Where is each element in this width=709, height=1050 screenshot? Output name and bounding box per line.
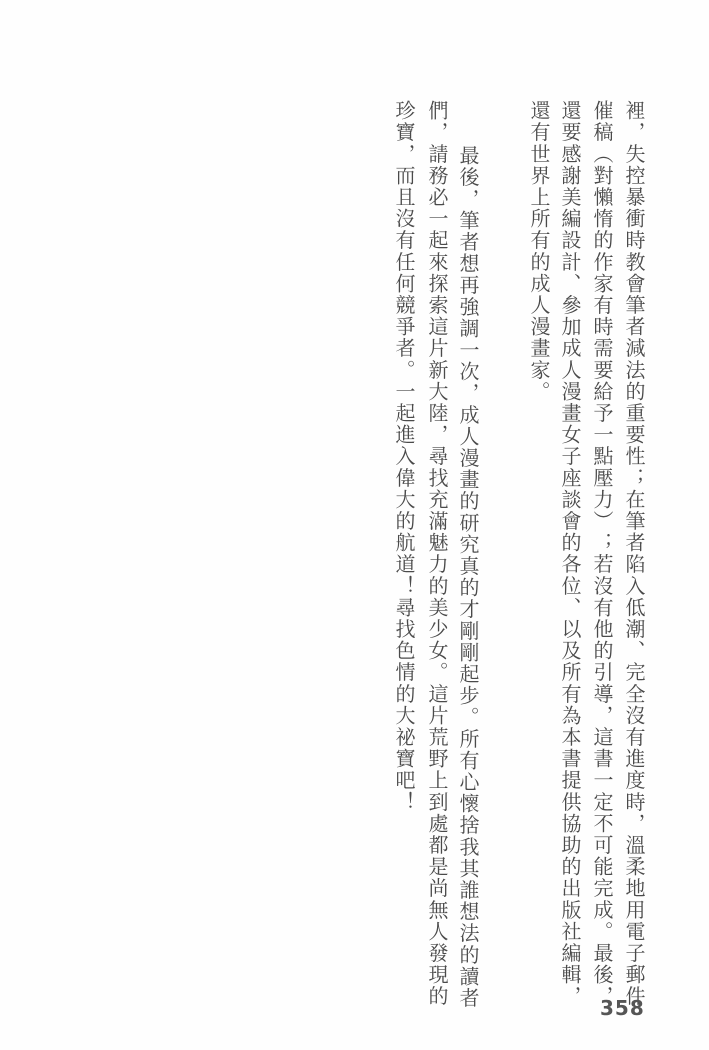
page-number: 358: [600, 996, 645, 1020]
text-column-4: 還有世界上所有的成人漫畫家。: [527, 100, 551, 402]
text-column-1: 裡，失控暴衝時教會筆者減法的重要性；在筆者陷入低潮、完全沒有進度時，溫柔地用電子…: [622, 100, 646, 1007]
text-column-6: 們，請務必一起來探索這片新大陸，尋找充滿魅力的美少女。這片荒野上到處都是尚無人發…: [425, 100, 449, 1007]
text-column-2: 催稿（對懶惰的作家有時需要給予一點壓力）；若沒有他的引導，這書一定不可能完成。最…: [590, 100, 614, 1007]
text-column-3: 還要感謝美編設計、參加成人漫畫女子座談會的各位、以及所有為本書提供協助的出版社編…: [558, 100, 582, 1007]
book-page: 裡，失控暴衝時教會筆者減法的重要性；在筆者陷入低潮、完全沒有進度時，溫柔地用電子…: [0, 0, 709, 1050]
text-column-5-paragraph-start: 最後，筆者想再強調一次，成人漫畫的研究真的才剛剛起步。所有心懷捨我其誰想法的讀者: [456, 145, 480, 1009]
text-column-7: 珍寶，而且沒有任何競爭者。一起進入偉大的航道！尋找色情的大祕寶吧！: [392, 100, 416, 813]
